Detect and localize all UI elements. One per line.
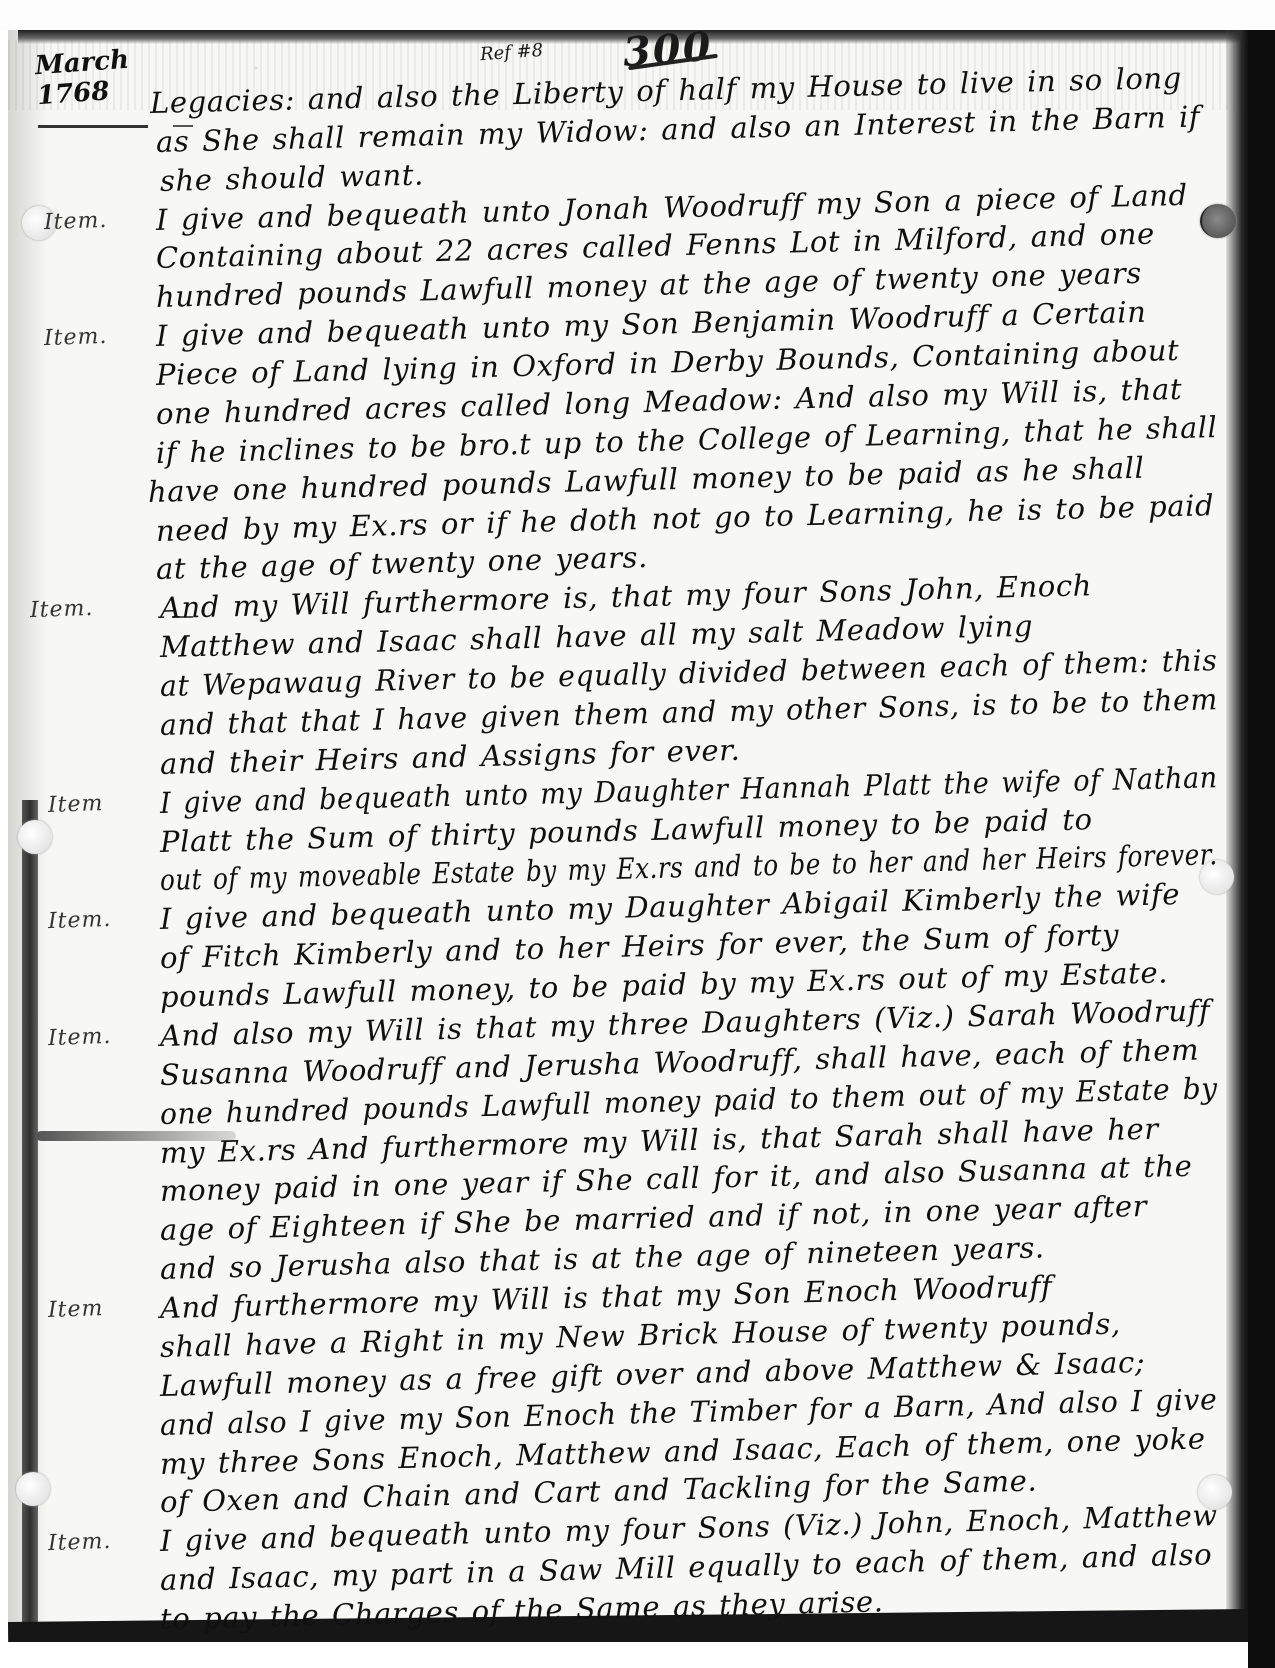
margin-item-label: Item.: [48, 1024, 112, 1051]
punch-hole-icon: [18, 820, 52, 854]
margin-date-rule: [38, 125, 148, 128]
text-line: at the age of twenty one years.: [156, 540, 649, 586]
margin-item-label: Item: [48, 1296, 104, 1323]
margin-date: March 1768: [34, 45, 132, 111]
scan-right-border: [1248, 30, 1275, 1668]
margin-item-label: Item.: [44, 324, 108, 351]
document-page: Ref #8 300 March 1768 Item. Item. Item. …: [8, 30, 1248, 1642]
margin-item-label: Item.: [30, 596, 94, 623]
margin-item-label: Item.: [48, 907, 112, 934]
punch-hole-icon: [1200, 204, 1236, 238]
punch-hole-icon: [16, 1472, 50, 1506]
text-line: she should want.: [160, 157, 425, 197]
binding-strip: [22, 800, 38, 1640]
margin-item-label: Item: [48, 791, 104, 818]
page-right-edge: [1226, 30, 1248, 1642]
scan-top-margin: [0, 0, 1275, 30]
margin-item-label: Item.: [44, 208, 108, 235]
folio-reference: Ref #8: [479, 40, 543, 65]
margin-item-label: Item.: [48, 1529, 112, 1556]
